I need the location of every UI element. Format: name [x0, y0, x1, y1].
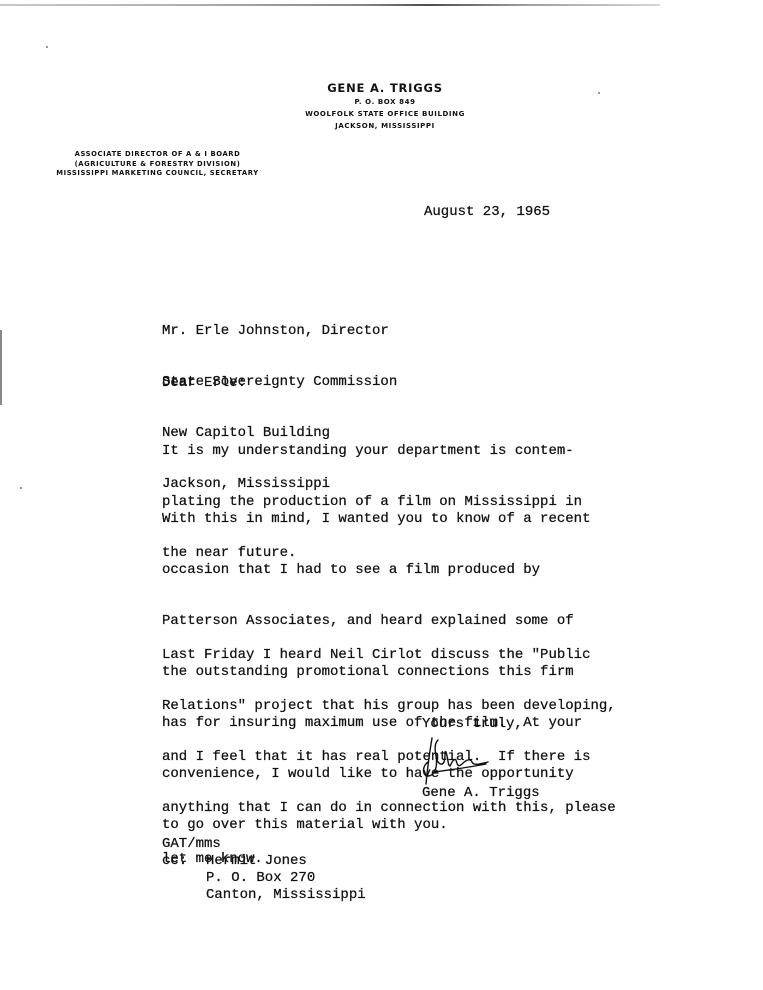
scan-speck [598, 92, 600, 94]
paragraph-3: Last Friday I heard Neil Cirlot discuss … [162, 613, 616, 885]
letterhead-building: WOOLFOLK STATE OFFICE BUILDING [280, 108, 490, 120]
address-line: Mr. Erle Johnston, Director [162, 323, 397, 340]
letterhead-header: GENE A. TRIGGS P. O. BOX 849 WOOLFOLK ST… [280, 80, 490, 132]
cc-line: Hermit Jones [206, 853, 366, 870]
letterhead-city: JACKSON, MISSISSIPPI [280, 120, 490, 132]
salutation: Dear Erle: [162, 375, 246, 392]
closing: Yours truly, [422, 716, 523, 733]
letterhead-title-1: ASSOCIATE DIRECTOR OF A & I BOARD [40, 150, 275, 160]
reference-initials: GAT/mms [162, 836, 221, 853]
paragraph-line: Relations" project that his group has be… [162, 698, 616, 715]
signer-name: Gene A. Triggs [422, 785, 540, 802]
scan-speck [46, 46, 48, 48]
cc-label: cc: [162, 853, 206, 870]
letterhead-title-3: MISSISSIPPI MARKETING COUNCIL, SECRETARY [40, 169, 275, 179]
letterhead-name: GENE A. TRIGGS [280, 80, 490, 96]
letterhead-po-box: P. O. BOX 849 [280, 96, 490, 108]
paragraph-line: Last Friday I heard Neil Cirlot discuss … [162, 647, 616, 664]
cc-line: Canton, Mississippi [206, 887, 366, 904]
letter-date: August 23, 1965 [424, 204, 550, 221]
letterhead-title-2: (AGRICULTURE & FORESTRY DIVISION) [40, 160, 275, 170]
scan-top-edge [0, 4, 660, 6]
paragraph-line: With this in mind, I wanted you to know … [162, 511, 590, 528]
letterhead-titles: ASSOCIATE DIRECTOR OF A & I BOARD (AGRIC… [40, 150, 275, 179]
paragraph-line: It is my understanding your department i… [162, 443, 582, 460]
scan-speck [20, 487, 22, 489]
cc-recipient: Hermit JonesP. O. Box 270Canton, Mississ… [206, 853, 366, 904]
paragraph-line: anything that I can do in connection wit… [162, 800, 616, 817]
cc-block: cc:Hermit JonesP. O. Box 270Canton, Miss… [162, 853, 366, 904]
paragraph-line: and I feel that it has real potential. I… [162, 749, 616, 766]
scan-left-edge [0, 330, 2, 405]
handwritten-signature [418, 732, 528, 790]
paragraph-line: occasion that I had to see a film produc… [162, 562, 590, 579]
cc-line: P. O. Box 270 [206, 870, 366, 887]
